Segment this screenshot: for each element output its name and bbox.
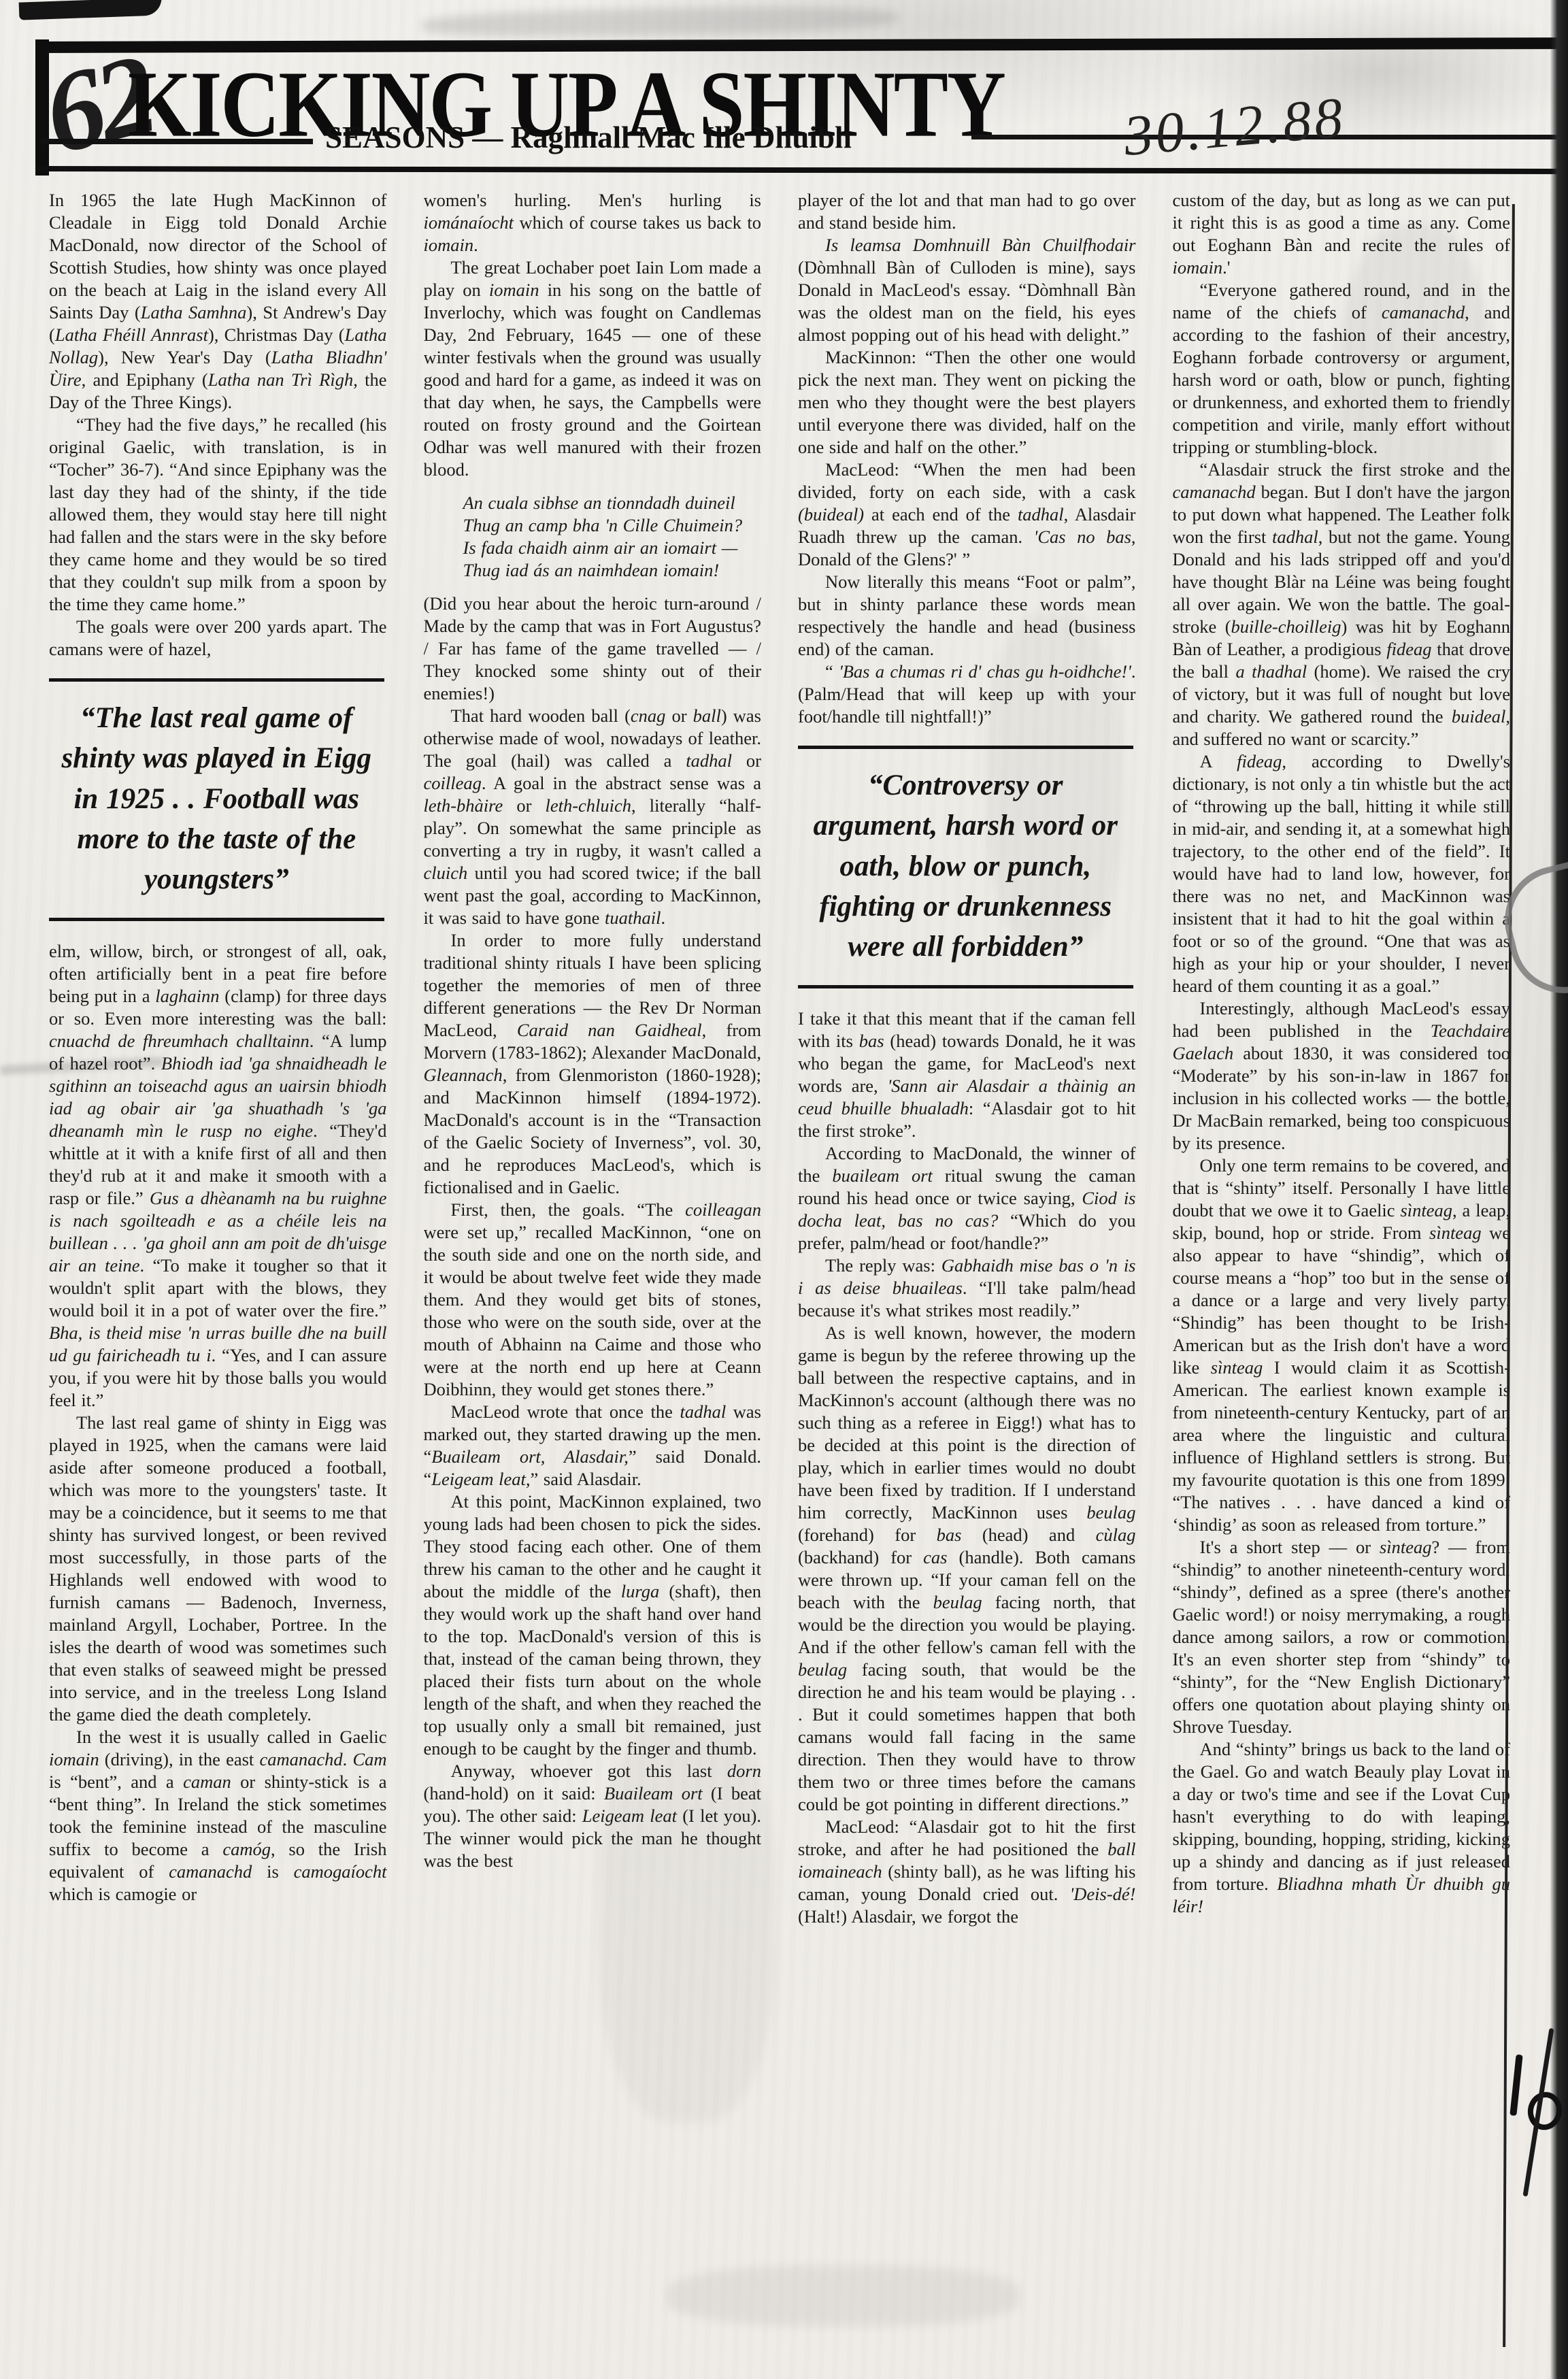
article-column-3: player of the lot and that man had to go… xyxy=(798,189,1136,2369)
paragraph: Is leamsa Domhnuill Bàn Chuilfhodair (Dò… xyxy=(798,234,1136,346)
paragraph: In order to more fully understand tradit… xyxy=(424,929,762,1199)
paragraph: I take it that this meant that if the ca… xyxy=(798,1008,1136,1142)
paragraph: Interestingly, although MacLeod's essay … xyxy=(1173,997,1511,1154)
pull-quote: “Controversy or argument, harsh word or … xyxy=(798,746,1133,988)
paragraph: MacLeod wrote that once the tadhal was m… xyxy=(424,1401,762,1491)
margin-scribble xyxy=(1509,2054,1522,2116)
paragraph: According to MacDonald, the winner of th… xyxy=(798,1142,1136,1254)
paragraph: Anyway, whoever got this last dorn (hand… xyxy=(424,1760,762,1872)
paragraph: First, then, the goals. “The coilleagan … xyxy=(424,1199,762,1401)
paragraph: It's a short step — or sìnteag? — from “… xyxy=(1173,1536,1511,1738)
paragraph: The reply was: Gabhaidh mise bas o 'n is… xyxy=(798,1254,1136,1322)
byline-rule-left xyxy=(41,139,313,144)
handwritten-date: 30.12.88 xyxy=(1121,84,1348,169)
article-body: In 1965 the late Hugh MacKinnon of Clead… xyxy=(49,189,1510,2369)
paragraph: custom of the day, but as long as we can… xyxy=(1173,189,1511,279)
paragraph: “They had the five days,” he recalled (h… xyxy=(49,414,387,616)
verse-line: Thug an camp bha 'n Cille Chuimein? xyxy=(424,514,762,537)
article-column-1: In 1965 the late Hugh MacKinnon of Clead… xyxy=(49,189,387,2369)
paragraph: MacKinnon: “Then the other one would pic… xyxy=(798,346,1136,459)
paragraph: MacLeod: “When the men had been divided,… xyxy=(798,459,1136,571)
paragraph: “Everyone gathered round, and in the nam… xyxy=(1173,279,1511,459)
paragraph: “ 'Bas a chumas ri d' chas gu h-oidhche!… xyxy=(798,661,1136,728)
verse-line: Is fada chaidh ainm air an iomairt — xyxy=(424,537,762,559)
gaelic-verse: An cuala sibhse an tionndadh duineilThug… xyxy=(424,492,762,582)
paragraph: The goals were over 200 yards apart. The… xyxy=(49,616,387,661)
paragraph: Now literally this means “Foot or palm”,… xyxy=(798,571,1136,661)
article-column-2: women's hurling. Men's hurling is iomána… xyxy=(424,189,762,2369)
paragraph: And “shinty” brings us back to the land … xyxy=(1173,1738,1511,1918)
paragraph: “Alasdair struck the first stroke and th… xyxy=(1173,459,1511,750)
paragraph: player of the lot and that man had to go… xyxy=(798,189,1136,234)
scan-corner-mark xyxy=(19,0,163,20)
byline: SEASONS — Raghnall Mac Ille Dhuibh xyxy=(325,120,852,155)
paragraph: (Did you hear about the heroic turn-arou… xyxy=(424,593,762,705)
bleed-smudge xyxy=(422,4,899,39)
newspaper-clipping: 62 KICKING UP A SHINTY SEASONS — Raghnal… xyxy=(0,0,1568,2379)
paragraph: As is well known, however, the modern ga… xyxy=(798,1322,1136,1816)
paragraph: Only one term remains to be covered, and… xyxy=(1173,1154,1511,1536)
paragraph: women's hurling. Men's hurling is iomána… xyxy=(424,189,762,256)
verse-line: An cuala sibhse an tionndadh duineil xyxy=(424,492,762,514)
paragraph: In the west it is usually called in Gael… xyxy=(49,1726,387,1906)
pull-quote: “The last real game of shinty was played… xyxy=(49,678,384,921)
paragraph: The last real game of shinty in Eigg was… xyxy=(49,1412,387,1726)
paragraph: That hard wooden ball (cnag or ball) was… xyxy=(424,705,762,929)
paragraph: A fideag, according to Dwelly's dictiona… xyxy=(1173,750,1511,997)
paragraph: elm, willow, birch, or strongest of all,… xyxy=(49,940,387,1412)
paragraph: In 1965 the late Hugh MacKinnon of Clead… xyxy=(49,189,387,414)
scanner-edge-band xyxy=(1550,0,1568,2379)
verse-line: Thug iad ás an naimhdean iomain! xyxy=(424,559,762,582)
paragraph: At this point, MacKinnon explained, two … xyxy=(424,1491,762,1760)
header-bottom-rule xyxy=(35,166,1565,174)
paragraph: The great Lochaber poet Iain Lom made a … xyxy=(424,256,762,481)
paragraph: MacLeod: “Alasdair got to hit the first … xyxy=(798,1816,1136,1928)
article-column-4: custom of the day, but as long as we can… xyxy=(1173,189,1511,2369)
header-top-rule xyxy=(35,37,1565,53)
